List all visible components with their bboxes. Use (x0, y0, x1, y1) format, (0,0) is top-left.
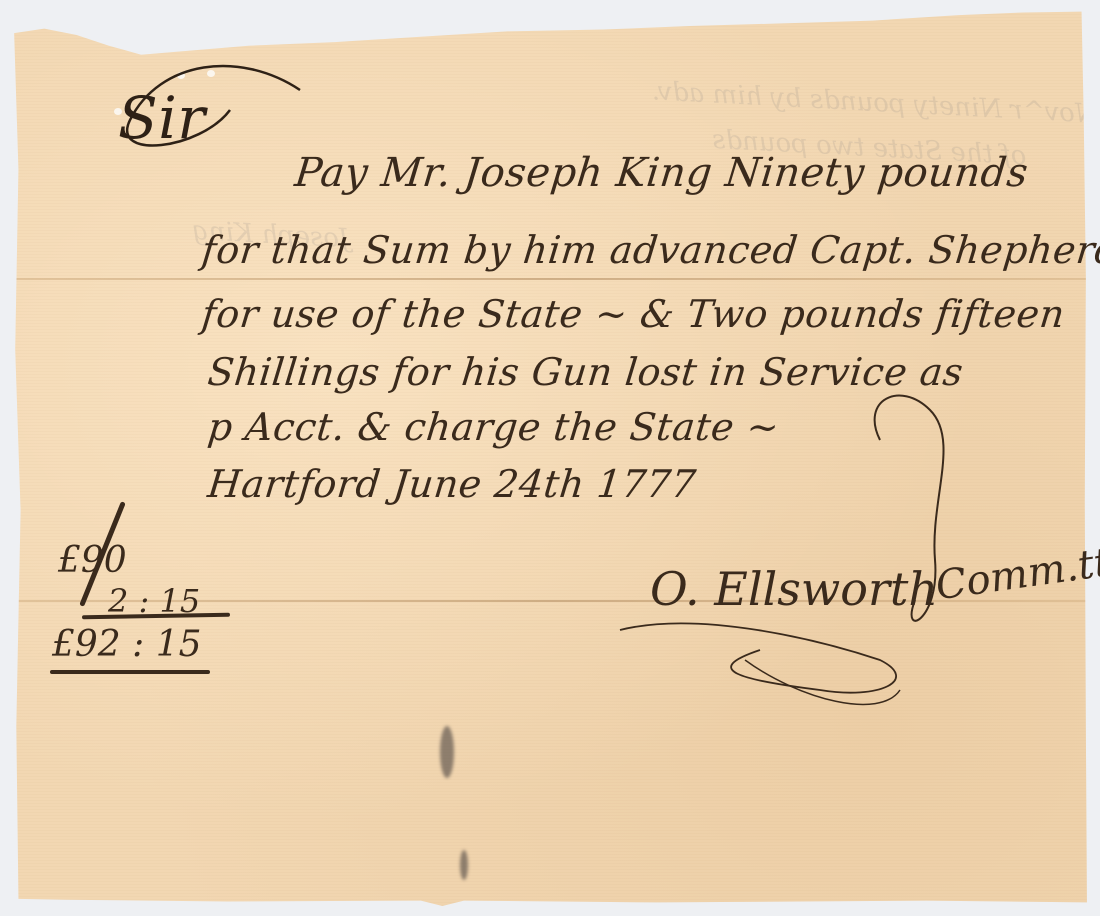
pin-hole (207, 70, 215, 77)
ink-stain (440, 726, 454, 778)
signature: O. Ellsworth (650, 562, 938, 616)
pin-hole (177, 72, 185, 79)
body-line-4: Shillings for his Gun lost in Service as (206, 350, 966, 394)
bleed-through-text: Nov^r Ninety pounds by him adv. (652, 76, 1099, 129)
amount-pounds: £90 (58, 540, 127, 581)
body-line-5: p Acct. & charge the State ~ (206, 405, 782, 449)
total-rule (50, 670, 210, 674)
date-line: Hartford June 24th 1777 (206, 462, 698, 506)
fold-crease (12, 278, 1088, 280)
body-line-1: Pay Mr. Joseph King Ninety pounds (293, 150, 1031, 196)
ink-stain (460, 850, 468, 880)
amount-total: £92 : 15 (52, 624, 202, 665)
document-viewer: Nov^r Ninety pounds by him adv. of the S… (0, 0, 1100, 916)
salutation: Sir (118, 84, 206, 152)
body-line-3: for use of the State ~ & Two pounds fift… (200, 292, 1067, 336)
body-line-2: for that Sum by him advanced Capt. Sheph… (200, 228, 1100, 272)
